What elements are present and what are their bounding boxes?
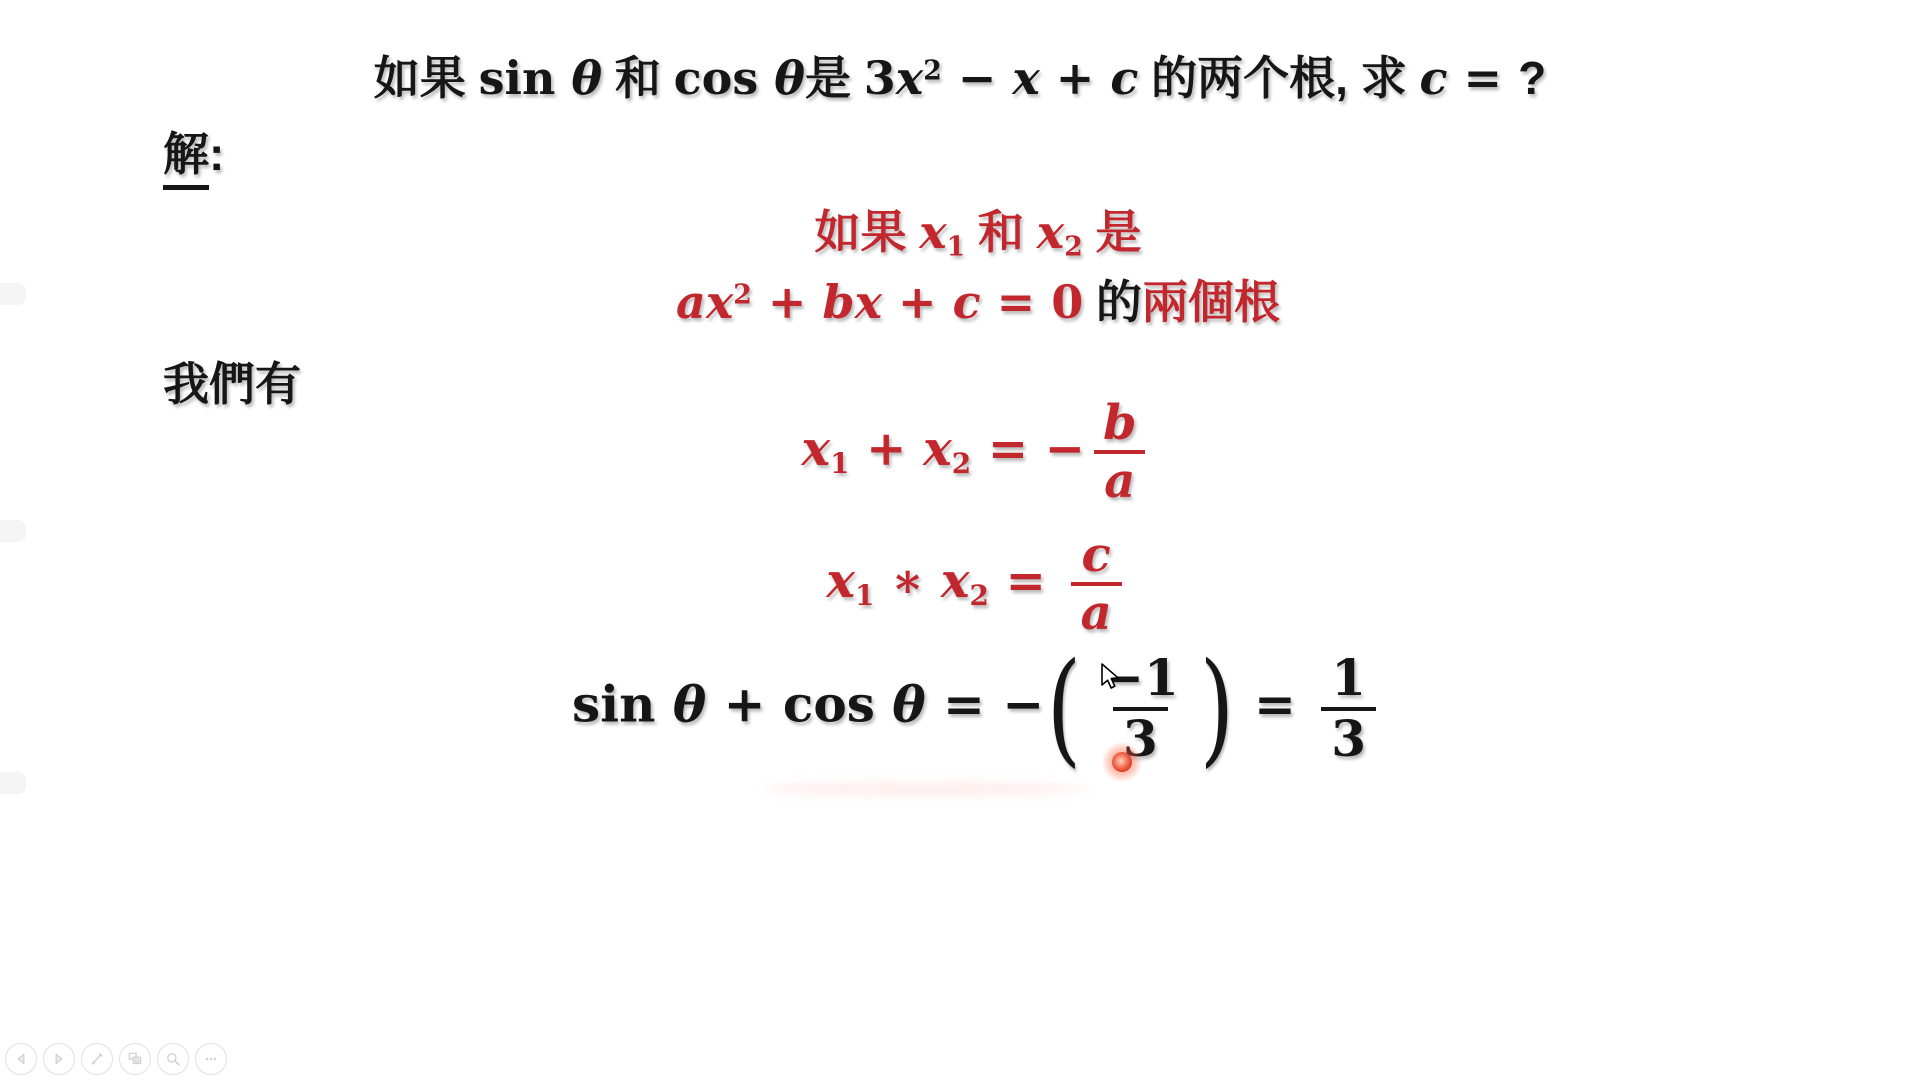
pen-icon: [88, 1050, 106, 1068]
sum-of-roots-formula: x1 + x2 = −ba: [18, 398, 1920, 507]
next-icon: [50, 1050, 68, 1068]
all-slides-icon: [126, 1050, 144, 1068]
previous-icon: [12, 1050, 30, 1068]
cursor-arrow-icon: [1098, 662, 1126, 690]
subscript: 1: [830, 447, 849, 480]
subscript: 2: [952, 447, 971, 480]
presentation-slide: 如果 sin θ 和 cos θ是 3x2 − x + c 的两个根, 求 c …: [0, 0, 1920, 1080]
exponent: 2: [923, 55, 942, 86]
solution-label-text: 解: [163, 118, 209, 190]
fraction-c-over-a: ca: [1071, 530, 1122, 639]
vieta-intro-line: 如果 x1 和 x2 是: [18, 196, 1920, 262]
product-of-roots-formula: x1 ∗ x2 = ca: [18, 530, 1920, 639]
subscript: 2: [970, 579, 989, 612]
vieta-equation-line: ax2 + bx + c = 0 的兩個根: [18, 266, 1920, 332]
next-slide-button[interactable]: [43, 1043, 75, 1075]
zoom-slide-button[interactable]: [157, 1043, 189, 1075]
ellipsis-icon: [202, 1050, 220, 1068]
left-parenthesis: (: [1047, 658, 1081, 758]
subscript: 1: [947, 231, 966, 262]
title-text: 如果: [374, 52, 479, 104]
edge-artifact: [0, 283, 26, 305]
laser-pointer-dot: [1102, 742, 1142, 782]
fraction-b-over-a: ba: [1093, 398, 1147, 507]
exponent: 2: [733, 279, 752, 310]
fraction-1-over-3: 13: [1321, 652, 1376, 765]
faint-laser-trail: [760, 782, 1090, 796]
slideshow-toolbar: [5, 1043, 227, 1075]
right-parenthesis: ): [1199, 658, 1233, 758]
edge-artifact: [0, 520, 26, 542]
laser-dot-core: [1112, 752, 1132, 772]
mouse-cursor: [1098, 662, 1126, 695]
final-computation-formula: sin θ + cos θ = −(−13) = 13: [18, 652, 1920, 765]
see-all-slides-button[interactable]: [119, 1043, 151, 1075]
solution-label: 解:: [163, 118, 224, 190]
edge-artifact: [0, 772, 26, 794]
magnifier-icon: [164, 1050, 182, 1068]
subscript: 2: [1064, 231, 1083, 262]
solution-label-colon: :: [209, 128, 224, 180]
more-options-button[interactable]: [195, 1043, 227, 1075]
pen-tools-button[interactable]: [81, 1043, 113, 1075]
previous-slide-button[interactable]: [5, 1043, 37, 1075]
subscript: 1: [855, 579, 874, 612]
problem-title: 如果 sin θ 和 cos θ是 3x2 − x + c 的两个根, 求 c …: [0, 42, 1920, 108]
